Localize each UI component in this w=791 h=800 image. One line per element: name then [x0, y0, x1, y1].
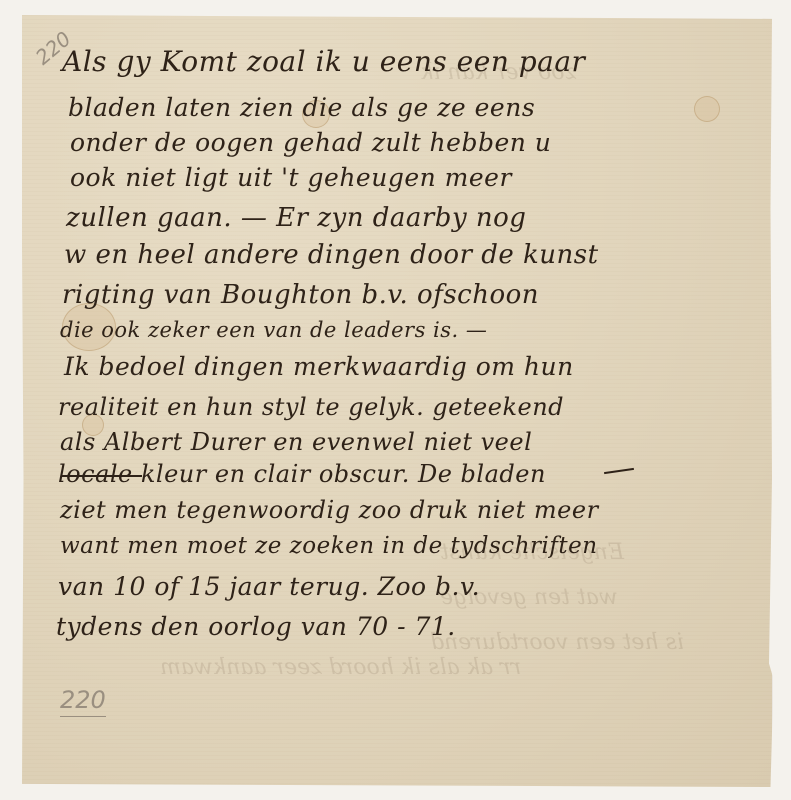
letter-line-16: tydens den oorlog van 70 - 71.	[56, 612, 456, 641]
strike-through-mark	[62, 475, 142, 477]
letter-line-8: die ook zeker een van de leaders is. —	[60, 318, 487, 342]
bleed-through-text: rr ak als ik hoord zeer aankwam	[160, 655, 521, 680]
letter-line-1: Als gy Komt zoal ik u eens een paar	[62, 45, 585, 78]
bleed-through-text: is het een voortdurend	[430, 630, 684, 655]
letter-line-14: want men moet ze zoeken in de tydschrift…	[60, 533, 598, 559]
letter-line-7: rigting van Boughton b.v. ofschoon	[62, 280, 539, 310]
letter-line-13: ziet men tegenwoordig zoo druk niet meer	[60, 496, 599, 524]
letter-line-6: w en heel andere dingen door de kunst	[64, 240, 599, 270]
letter-line-4: ook niet ligt uit 't geheugen meer	[70, 163, 512, 192]
pencil-page-number-bottom: 220	[60, 686, 106, 717]
letter-line-5: zullen gaan. — Er zyn daarby nog	[66, 203, 526, 233]
letter-line-2: bladen laten zien die als ge ze eens	[68, 93, 535, 122]
letter-line-15: van 10 of 15 jaar terug. Zoo b.v.	[58, 572, 480, 601]
ink-stain	[694, 96, 720, 122]
letter-line-10: realiteit en hun styl te gelyk. geteeken…	[58, 393, 564, 421]
letter-line-12: locale kleur en clair obscur. De bladen	[58, 460, 546, 488]
letter-line-11: als Albert Durer en evenwel niet veel	[60, 428, 532, 456]
letter-line-3: onder de oogen gehad zult hebben u	[70, 128, 551, 157]
letter-line-9: Ik bedoel dingen merkwaardig om hun	[64, 352, 574, 381]
